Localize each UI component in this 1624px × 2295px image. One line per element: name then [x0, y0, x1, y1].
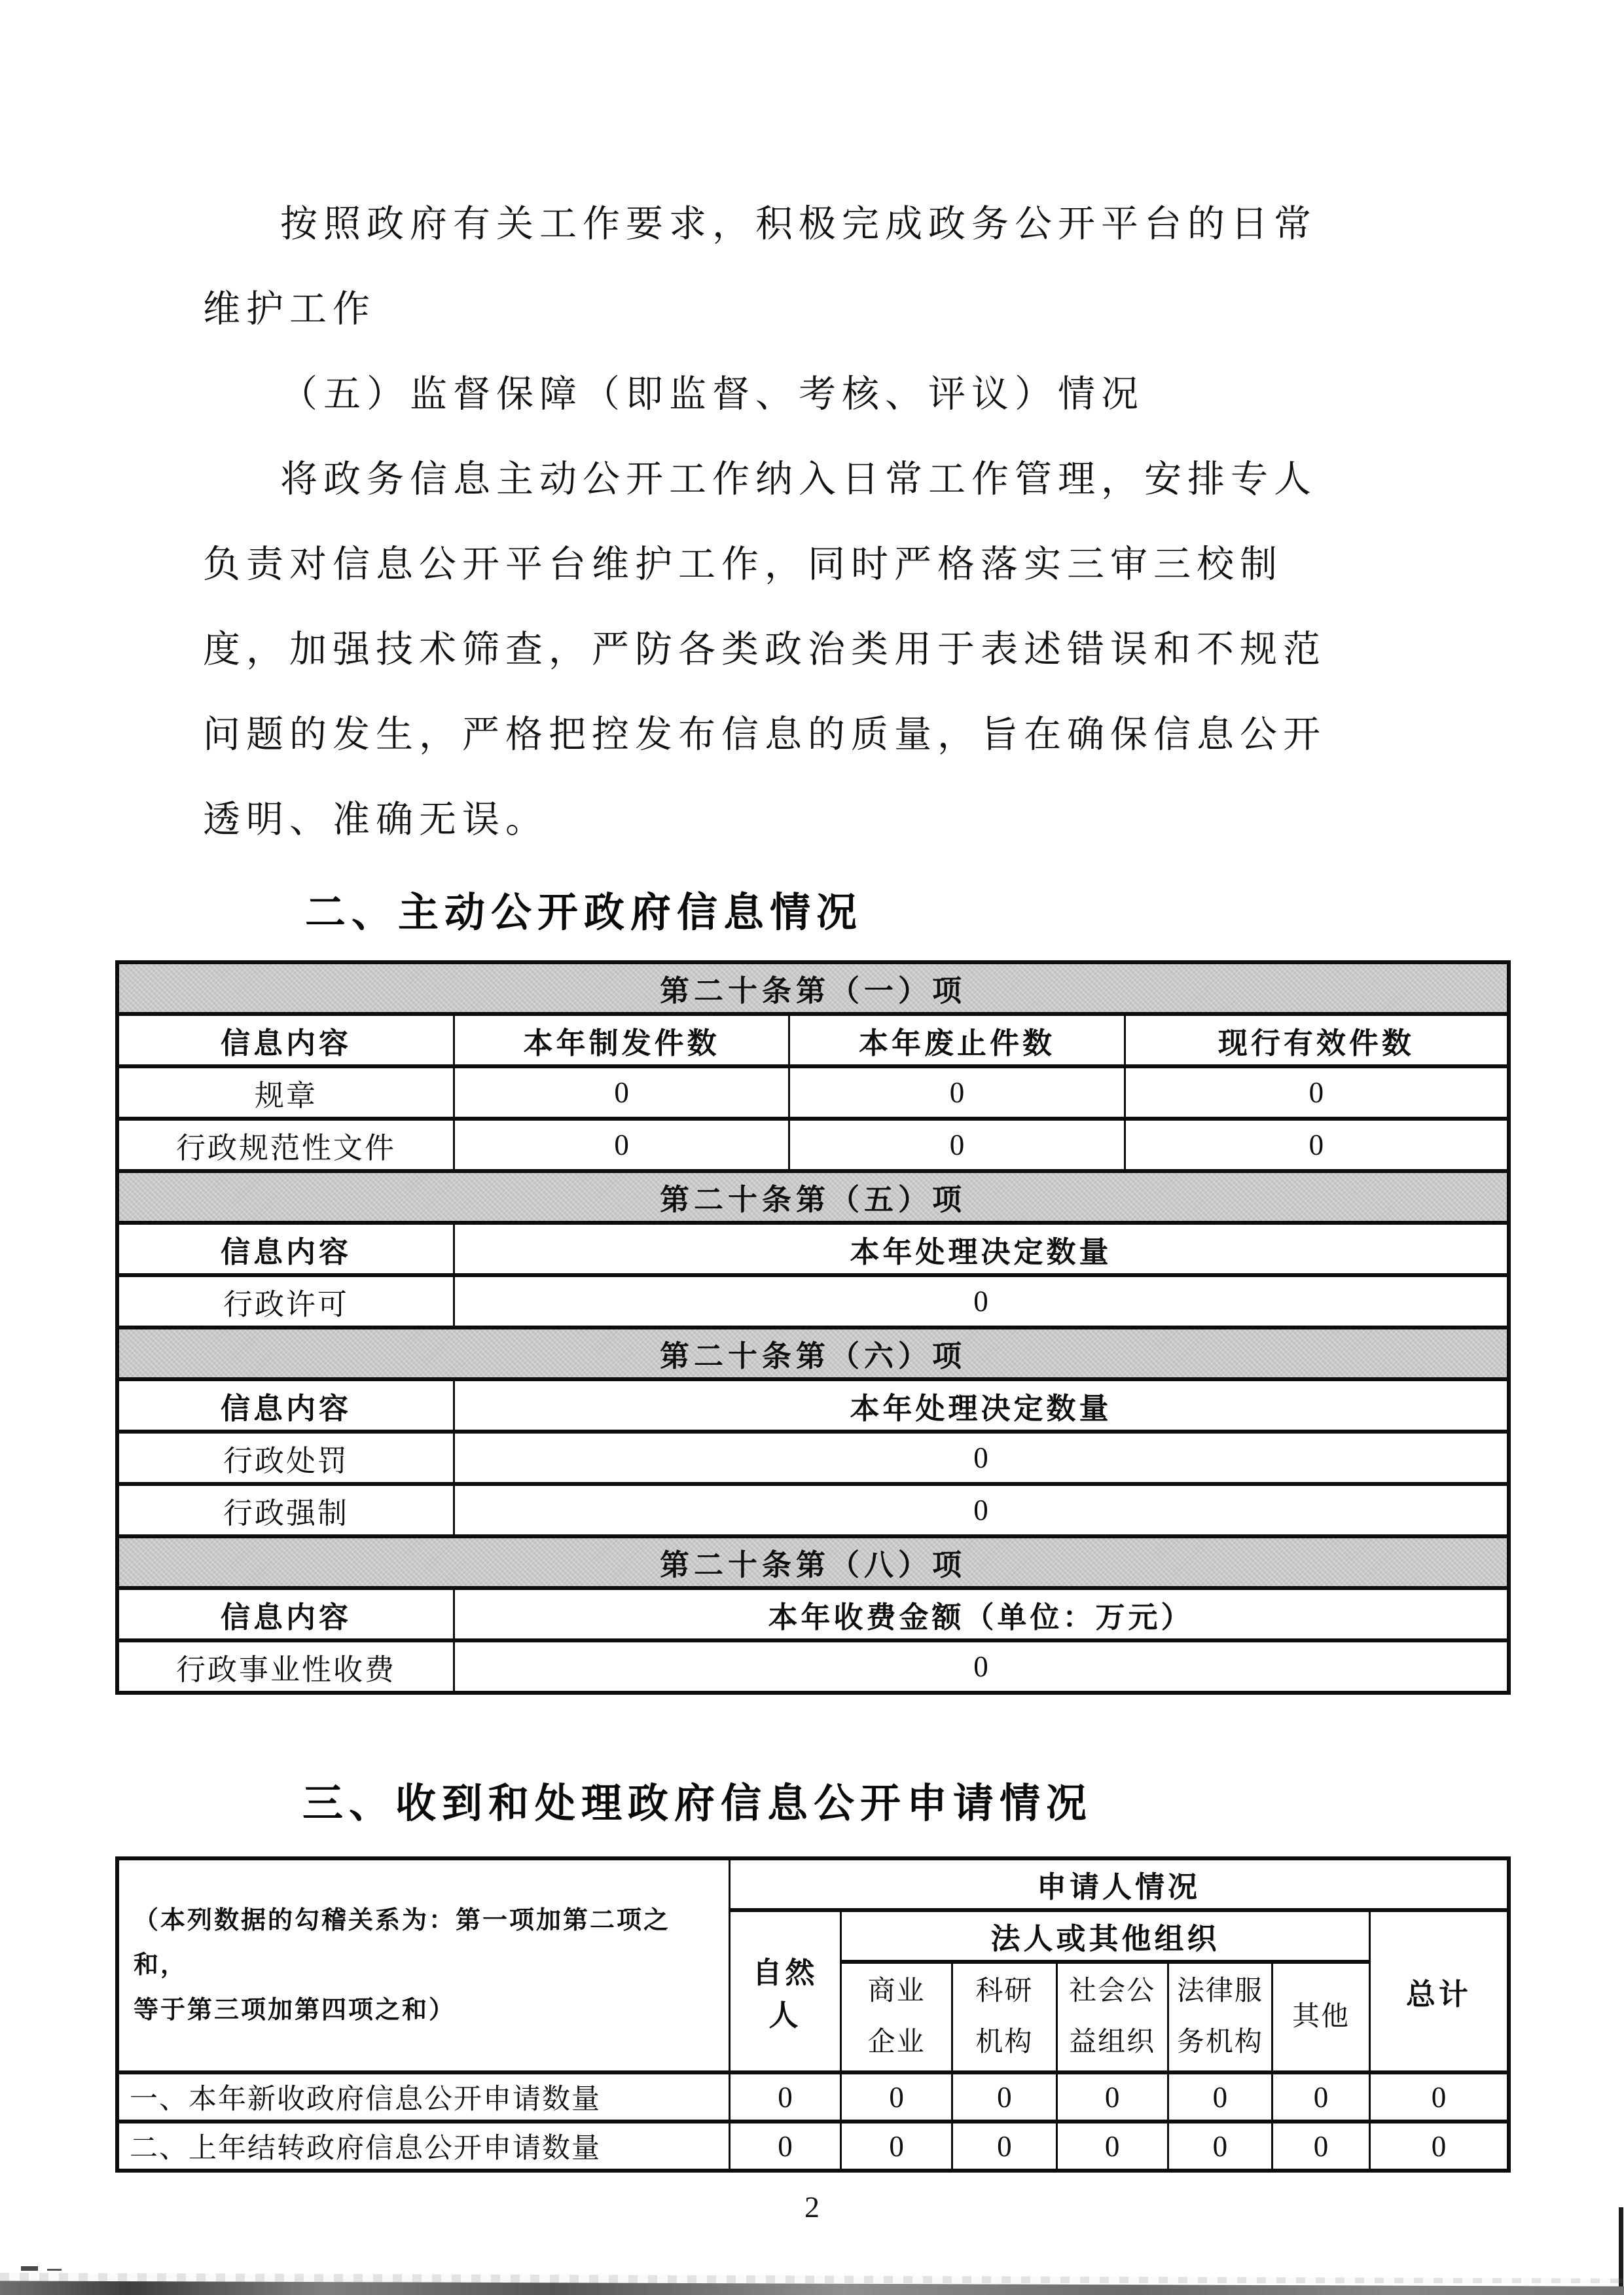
sub-column-header-cell: 其他: [1272, 1962, 1370, 2072]
paragraph-line: 问题的发生，严格把控发布信息的质量，旨在确保信息公开: [203, 693, 1355, 778]
column-header-cell: 信息内容: [117, 1379, 454, 1432]
paragraph-line: 负责对信息公开平台维护工作，同时严格落实三审三校制: [203, 522, 1355, 607]
column-header-cell: 本年制发件数: [454, 1014, 789, 1066]
application-value-cell: 0: [1272, 2072, 1370, 2122]
column-header-cell: 本年收费金额（单位：万元）: [454, 1588, 1509, 1640]
column-header-cell: 信息内容: [117, 1223, 454, 1275]
application-value-cell: 0: [841, 2122, 952, 2171]
column-header-cell: 本年处理决定数量: [454, 1379, 1509, 1432]
application-value-cell: 0: [952, 2072, 1056, 2122]
page-number: 2: [0, 2190, 1624, 2224]
paragraph-line: 透明、准确无误。: [203, 778, 1355, 863]
row-label-cell: 行政许可: [117, 1275, 454, 1328]
row-label-cell: 行政处罚: [117, 1432, 454, 1484]
application-value-cell: 0: [1369, 2072, 1509, 2122]
paragraph-line: 维护工作: [203, 267, 1355, 352]
value-cell: 0: [454, 1119, 789, 1171]
application-value-cell: 0: [1056, 2122, 1168, 2171]
application-value-cell: 0: [1272, 2122, 1370, 2171]
application-value-cell: 0: [841, 2072, 952, 2122]
column-header-cell: 信息内容: [117, 1014, 454, 1066]
value-cell: 0: [1125, 1066, 1509, 1119]
application-value-cell: 0: [1056, 2072, 1168, 2122]
application-value-cell: 0: [1168, 2122, 1272, 2171]
value-cell: 0: [454, 1640, 1509, 1693]
row-label-cell: 行政规范性文件: [117, 1119, 454, 1171]
total-header-cell: 总计: [1369, 1910, 1509, 2072]
row-label-cell: 规章: [117, 1066, 454, 1119]
article20-table: 第二十条第（一）项 信息内容 本年制发件数 本年废止件数 现行有效件数 规章 0…: [115, 960, 1511, 1695]
section3-heading: 三、收到和处理政府信息公开申请情况: [302, 1771, 1624, 1829]
section-header-cell: 第二十条第（五）项: [117, 1171, 1509, 1223]
column-header-cell: 本年废止件数: [789, 1014, 1125, 1066]
value-cell: 0: [789, 1119, 1125, 1171]
application-value-cell: 0: [729, 2072, 840, 2122]
value-cell: 0: [454, 1432, 1509, 1484]
application-row-label: 二、上年结转政府信息公开申请数量: [117, 2122, 729, 2171]
value-cell: 0: [454, 1066, 789, 1119]
row-label-cell: 行政强制: [117, 1484, 454, 1536]
value-cell: 0: [454, 1484, 1509, 1536]
sub-column-header-cell: 科研 机构: [952, 1962, 1056, 2072]
column-header-cell: 信息内容: [117, 1588, 454, 1640]
sub-column-header-cell: 社会公 益组织: [1056, 1962, 1168, 2072]
body-text: 按照政府有关工作要求，积极完成政务公开平台的日常 维护工作 （五）监督保障（即监…: [203, 182, 1355, 863]
row-label-cell: 行政事业性收费: [117, 1640, 454, 1693]
application-value-cell: 0: [1369, 2122, 1509, 2171]
paragraph-line: 按照政府有关工作要求，积极完成政务公开平台的日常: [203, 182, 1355, 267]
paragraph-line: 将政务信息主动公开工作纳入日常工作管理，安排专人: [203, 437, 1355, 522]
sub-column-header-cell: 商业 企业: [841, 1962, 952, 2072]
value-cell: 0: [789, 1066, 1125, 1119]
legal-org-header-cell: 法人或其他组织: [841, 1910, 1370, 1962]
application-row-label: 一、本年新收政府信息公开申请数量: [117, 2072, 729, 2122]
document-page: 按照政府有关工作要求，积极完成政务公开平台的日常 维护工作 （五）监督保障（即监…: [0, 0, 1624, 2295]
application-value-cell: 0: [729, 2122, 840, 2171]
paragraph-line: （五）监督保障（即监督、考核、评议）情况: [203, 352, 1355, 437]
section-header-cell: 第二十条第（一）项: [117, 962, 1509, 1014]
paragraph-line: 度，加强技术筛查，严防各类政治类用于表述错误和不规范: [203, 607, 1355, 693]
applicant-header-cell: 申请人情况: [729, 1858, 1509, 1910]
scan-artifact-haze: [0, 2273, 1624, 2283]
value-cell: 0: [454, 1275, 1509, 1328]
value-cell: 0: [1125, 1119, 1509, 1171]
scan-artifact-mark: [21, 2266, 38, 2271]
table-note-cell: （本列数据的勾稽关系为：第一项加第二项之和， 等于第三项加第四项之和）: [117, 1858, 729, 2072]
column-header-cell: 现行有效件数: [1125, 1014, 1509, 1066]
application-value-cell: 0: [1168, 2072, 1272, 2122]
section2-heading: 二、主动公开政府信息情况: [305, 880, 1624, 938]
application-value-cell: 0: [952, 2122, 1056, 2171]
applications-table: （本列数据的勾稽关系为：第一项加第二项之和， 等于第三项加第四项之和） 申请人情…: [115, 1856, 1511, 2173]
sub-column-header-cell: 法律服 务机构: [1168, 1962, 1272, 2072]
section-header-cell: 第二十条第（六）项: [117, 1328, 1509, 1379]
column-header-cell: 本年处理决定数量: [454, 1223, 1509, 1275]
section-header-cell: 第二十条第（八）项: [117, 1536, 1509, 1588]
natural-person-header-cell: 自然人: [729, 1910, 840, 2072]
